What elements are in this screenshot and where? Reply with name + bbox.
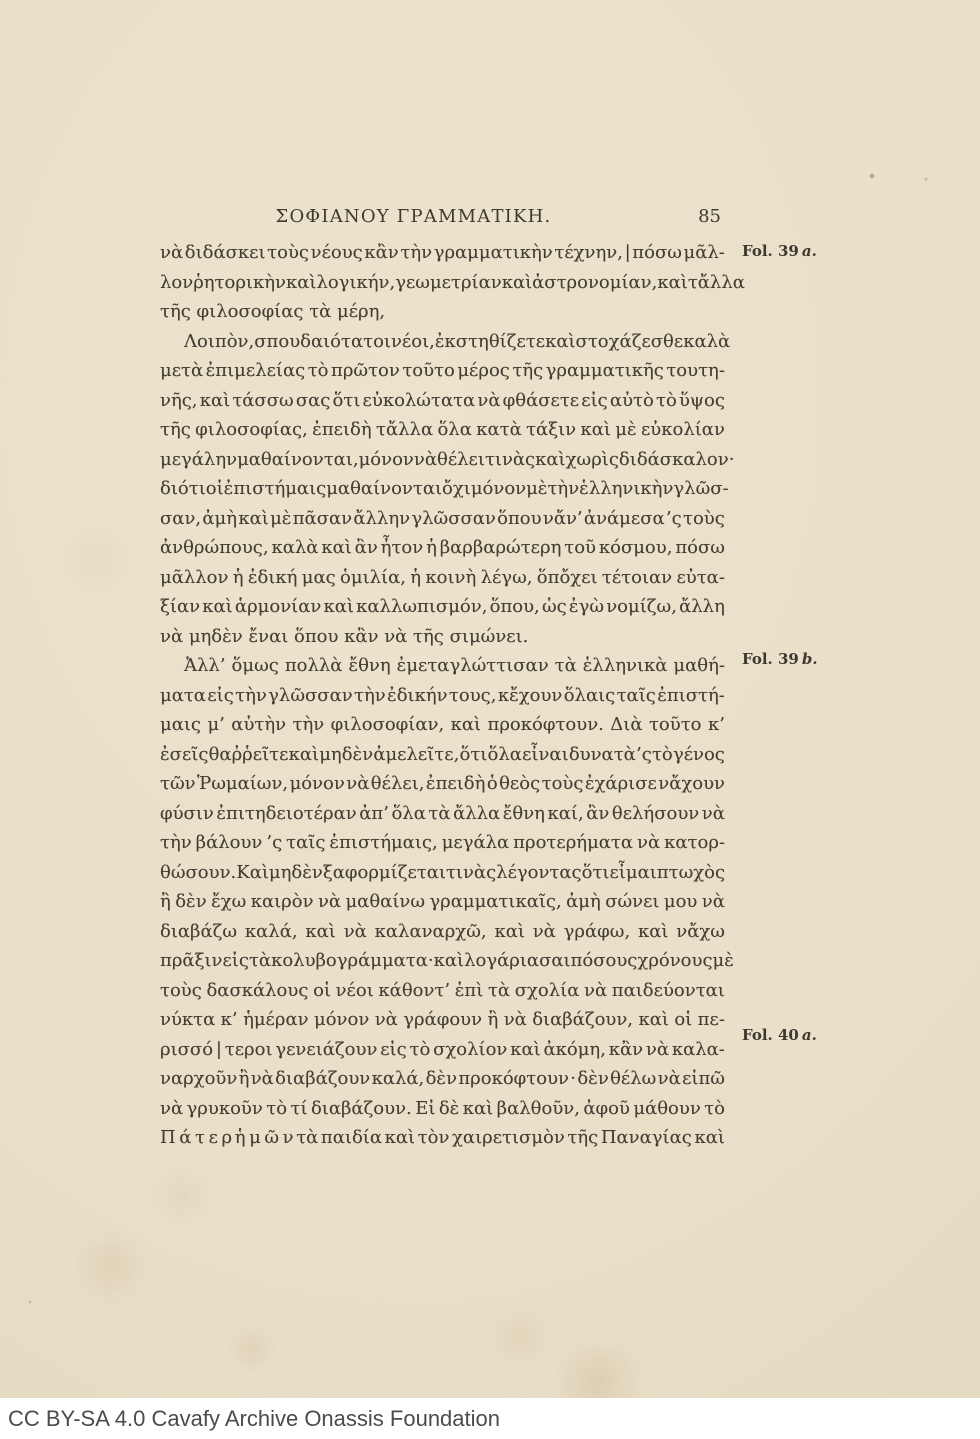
license-text: CC BY-SA 4.0 Cavafy Archive Onassis Foun… bbox=[8, 1406, 500, 1432]
text-line: Λοιπὸν,σπουδαιότατοινέοι,ἐκστηθίζετεκαὶσ… bbox=[160, 327, 725, 357]
text-line: νὰ μηδὲν ἔναι ὅπου κἂν νὰ τῆς σιμώνει. bbox=[160, 622, 725, 652]
text-line: μετὰἐπιμελείαςτὸπρῶτοντοῦτομέροςτῆςγραμμ… bbox=[160, 356, 725, 386]
text-line: πρᾶξινεἰςτὰκολυβογράμματα·καὶλογάριασαιπ… bbox=[160, 946, 725, 976]
margin-note-folio: b. bbox=[799, 650, 818, 668]
text-line: νύκτακ’ἡμέρανμόνοννὰγράφουνἢνὰδιαβάζουν,… bbox=[160, 1005, 725, 1035]
text-line: ξίανκαὶἁρμονίανκαὶκαλλωπισμόν,ὅπου,ὡςἐγὼ… bbox=[160, 592, 725, 622]
text-line: φύσινἐπιτηδειοτέρανἀπ’ὅλατὰἄλλαἔθνηκαί,ἂ… bbox=[160, 799, 725, 829]
page-header: ΣΟΦΙΑΝΟΥ ΓΡΑΜΜΑΤΙΚΗ. 85 bbox=[160, 206, 725, 230]
margin-note-fol-39b: Fol. 39b. bbox=[742, 650, 818, 668]
license-attribution-bar: CC BY-SA 4.0 Cavafy Archive Onassis Foun… bbox=[0, 1398, 980, 1439]
text-line: θώσουν.Καὶμηδὲνξαφορμίζεταιτινὰςλέγοντας… bbox=[160, 858, 725, 888]
margin-note-fol-39a: Fol. 39a. bbox=[742, 242, 817, 260]
text-line: διότιοἱἐπιστήμαιςμαθαίνονταιὄχιμόνονμὲτὴ… bbox=[160, 474, 725, 504]
text-line: νῆς,καὶτάσσωσαςὅτιεὐκολώτατανὰφθάσετεεἰς… bbox=[160, 386, 725, 416]
running-title: ΣΟΦΙΑΝΟΥ ΓΡΑΜΜΑΤΙΚΗ. bbox=[160, 206, 667, 227]
paragraph: Ἀλλ’ὅμωςπολλὰἔθνηἐμεταγλώττισαντὰἑλληνικ… bbox=[160, 651, 725, 1153]
body-text-block: νὰδιδάσκειτοὺςνέουςκἂντὴνγραμματικὴντέχν… bbox=[160, 238, 725, 1153]
text-line: διαβάζωκαλά,καὶνὰκαλαναρχῶ,καὶνὰγράφω,κα… bbox=[160, 917, 725, 947]
text-line: ρισσό|τεροιγενειάζουνεἰςτὸσχολίονκαὶἀκόμ… bbox=[160, 1035, 725, 1065]
text-line: μεγάληνμαθαίνονται,μόνοννὰθέλειτινὰςκαὶχ… bbox=[160, 445, 725, 475]
margin-note-prefix: Fol. 40 bbox=[742, 1026, 799, 1044]
text-line: λονῥητορικὴνκαὶλογικήν,γεωμετρίανκαὶἀστρ… bbox=[160, 268, 725, 298]
text-line: τοὺςδασκάλουςοἱνέοικάθοντ’ἐπὶτὰσχολίανὰπ… bbox=[160, 976, 725, 1006]
text-line: τῆςφιλοσοφίας,ἐπειδὴτἄλλαὅλακατὰτάξινκαὶ… bbox=[160, 415, 725, 445]
text-line: ἀνθρώπους,καλὰκαὶἂνἦτονἡβαρβαρώτερητοῦκό… bbox=[160, 533, 725, 563]
margin-note-prefix: Fol. 39 bbox=[742, 650, 799, 668]
text-line: σαν,ἀμὴκαὶμὲπᾶσανἄλληνγλῶσσανὅπουνἄν’ἀνά… bbox=[160, 504, 725, 534]
text-line: νὰγρυκοῦντὸτίδιαβάζουν.Εἰδὲκαὶβαλθοῦν,ἀφ… bbox=[160, 1094, 725, 1124]
margin-note-fol-40a: Fol. 40a. bbox=[742, 1026, 817, 1044]
paragraph: νὰδιδάσκειτοὺςνέουςκἂντὴνγραμματικὴντέχν… bbox=[160, 238, 725, 327]
text-line: τῶνῬωμαίων,μόνοννὰθέλει,ἐπειδὴὁθεὸςτοὺςἐ… bbox=[160, 769, 725, 799]
text-line: ναρχοῦνἢνὰδιαβάζουνκαλά,δὲνπροκόφτουν·δὲ… bbox=[160, 1064, 725, 1094]
text-line: νὰδιδάσκειτοὺςνέουςκἂντὴνγραμματικὴντέχν… bbox=[160, 238, 725, 268]
text-line: ἐσεῖςθαῤῥεῖτεκαὶμηδὲνἀμελεῖτε,ὅτιὅλαεἶνα… bbox=[160, 740, 725, 770]
text-line: ἢδὲνἔχωκαιρὸννὰμαθαίνωγραμματικαῖς,ἀμὴσώ… bbox=[160, 887, 725, 917]
text-line: Ἀλλ’ὅμωςπολλὰἔθνηἐμεταγλώττισαντὰἑλληνικ… bbox=[160, 651, 725, 681]
paragraph: Λοιπὸν,σπουδαιότατοινέοι,ἐκστηθίζετεκαὶσ… bbox=[160, 327, 725, 652]
text-line: Π ά τ ε ρἡ μ ῶ ντὰπαιδίακαὶτὸνχαιρετισμὸ… bbox=[160, 1123, 725, 1153]
text-line: μαιςμ’αὐτὴντὴνφιλοσοφίαν,καὶπροκόφτουν.Δ… bbox=[160, 710, 725, 740]
text-line: ματαεἰςτὴνγλῶσσαντὴνἐδικήντους,κἔχουνὅλα… bbox=[160, 681, 725, 711]
margin-note-folio: a. bbox=[799, 242, 817, 260]
page-number: 85 bbox=[698, 206, 721, 227]
margin-note-folio: a. bbox=[799, 1026, 817, 1044]
text-line: τῆς φιλοσοφίας τὰ μέρη, bbox=[160, 297, 725, 327]
text-line: τὴνβάλουν’ςταῖςἐπιστήμαις,μεγάλαπροτερήμ… bbox=[160, 828, 725, 858]
text-line: μᾶλλονἡἐδικήμαςὁμιλία,ἡκοινὴλέγω,ὅπὄχειτ… bbox=[160, 563, 725, 593]
margin-note-prefix: Fol. 39 bbox=[742, 242, 799, 260]
